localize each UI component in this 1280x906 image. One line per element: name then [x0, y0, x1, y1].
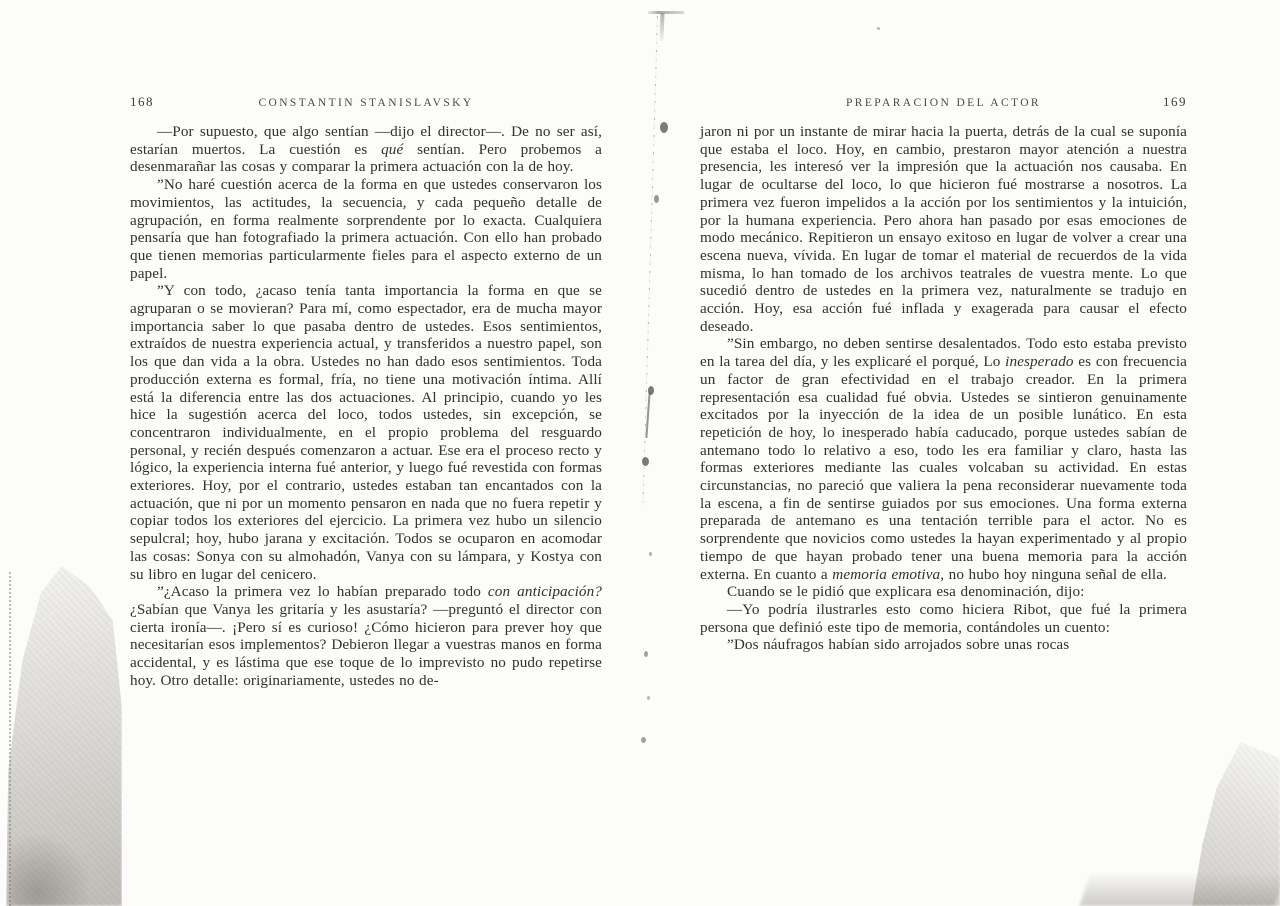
- gutter-top-mark: [648, 11, 684, 14]
- page-header-right: PREPARACION DEL ACTOR 169: [700, 94, 1187, 110]
- paragraph: ”¿Acaso la primera vez lo habían prepara…: [130, 583, 602, 689]
- paragraph: ”Sin embargo, no deben sentirse desalent…: [700, 335, 1187, 583]
- gutter-shadow-line: [642, 16, 658, 508]
- body-text: Cuando se le pidió que explicara esa den…: [727, 583, 1085, 600]
- gutter-ink-speck: [647, 696, 650, 700]
- italic-text: con anticipación?: [488, 583, 602, 600]
- italic-text: qué: [381, 141, 403, 158]
- body-text: —Yo podría ilustrarles esto como hiciera…: [700, 601, 1187, 636]
- body-text: ”No haré cuestión acerca de la forma en …: [130, 176, 602, 282]
- page-number-left: 168: [130, 94, 182, 110]
- paragraph: jaron ni por un instante de mirar hacia …: [700, 123, 1187, 335]
- italic-text: memoria emotiva: [832, 566, 940, 583]
- gutter-top-drip: [660, 13, 665, 41]
- italic-text: inesperado: [1005, 353, 1074, 370]
- scan-edge-dotted-line: [9, 572, 11, 906]
- paragraph: ”No haré cuestión acerca de la forma en …: [130, 176, 602, 282]
- gutter-ink-speck: [644, 651, 648, 657]
- paragraph: Cuando se le pidió que explicara esa den…: [700, 583, 1187, 601]
- gutter-ink-speck: [660, 122, 668, 133]
- scan-smudge-bottom-left-dark: [10, 836, 88, 906]
- gutter-ink-speck: [654, 195, 659, 203]
- scan-smudge-bottom-right: [1192, 742, 1280, 906]
- gutter-ink-speck: [649, 552, 652, 556]
- gutter-ink-speck: [648, 386, 654, 395]
- page-number-right: 169: [1135, 94, 1187, 110]
- body-text: es con frecuencia un factor de gran efec…: [700, 353, 1187, 582]
- paragraph: ”Y con todo, ¿acaso tenía tanta importan…: [130, 282, 602, 583]
- page-body-right: jaron ni por un instante de mirar hacia …: [700, 123, 1187, 654]
- body-text: ”¿Acaso la primera vez lo habían prepara…: [157, 583, 488, 600]
- gutter-scratch-line: [645, 392, 650, 438]
- body-text: ”Dos náufragos habían sido arrojados sob…: [727, 636, 1069, 653]
- paragraph: —Por supuesto, que algo sentían —dijo el…: [130, 123, 602, 176]
- gutter-ink-speck: [641, 737, 646, 743]
- page-body-left: —Por supuesto, que algo sentían —dijo el…: [130, 123, 602, 690]
- paragraph: —Yo podría ilustrarles esto como hiciera…: [700, 601, 1187, 636]
- page-header-left: 168 CONSTANTIN STANISLAVSKY: [130, 94, 602, 110]
- body-text: , no hubo hoy ninguna señal de ella.: [940, 566, 1167, 583]
- running-head-left: CONSTANTIN STANISLAVSKY: [182, 97, 550, 109]
- body-text: jaron ni por un instante de mirar hacia …: [700, 123, 1187, 335]
- paragraph: ”Dos náufragos habían sido arrojados sob…: [700, 636, 1187, 654]
- body-text: ”Y con todo, ¿acaso tenía tanta importan…: [130, 282, 602, 582]
- scan-smudge-bottom-left: [6, 566, 122, 906]
- scan-speck: [877, 27, 880, 30]
- gutter-ink-speck: [642, 457, 649, 466]
- scan-smudge-bottom-band: [1079, 872, 1280, 906]
- running-head-right: PREPARACION DEL ACTOR: [752, 97, 1135, 109]
- body-text: ¿Sabían que Vanya les gritaría y les asu…: [130, 601, 602, 689]
